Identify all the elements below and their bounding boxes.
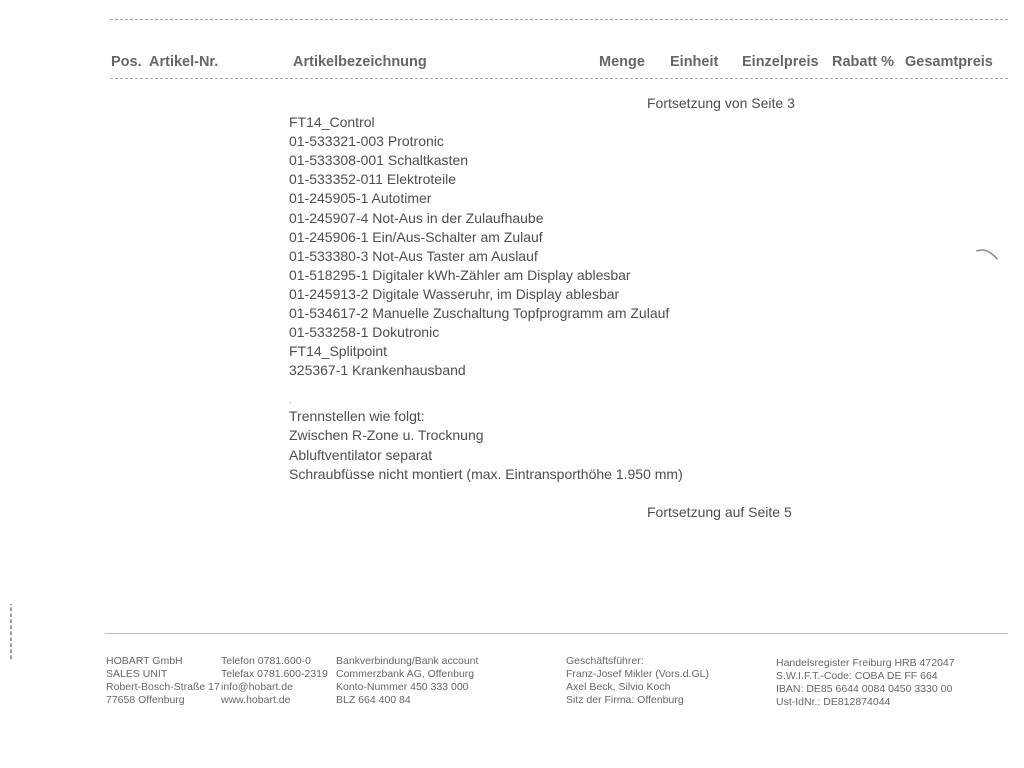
list-item: 01-245906-1 Ein/Aus-Schalter am Zulauf [289, 228, 543, 247]
note-line: Zwischen R-Zone u. Trocknung [289, 426, 484, 445]
list-item: 01-533308-001 Schaltkasten [289, 151, 468, 170]
header-divider [110, 78, 1008, 79]
col-rabatt: Rabatt % [832, 54, 894, 70]
footer-bank-line: BLZ 664 400 84 [336, 694, 478, 707]
side-print-mark: ▮▮▮▮▮▮▮▮▮▮ [8, 604, 14, 660]
footer-website-link[interactable]: www.hobart.de [221, 694, 328, 707]
footer-bank: Bankverbindung/Bank account Commerzbank … [336, 655, 478, 707]
list-item: 01-518295-1 Digitaler kWh-Zähler am Disp… [289, 266, 631, 285]
footer-company-line: 77658 Offenburg [106, 694, 220, 707]
footer-management-line: Geschäftsführer: [566, 655, 709, 668]
footer-fax: Telefax 0781.600-2319 [221, 668, 328, 681]
footer-register-line: IBAN: DE85 6644 0084 0450 3330 00 [776, 683, 955, 696]
list-item: 01-534617-2 Manuelle Zuschaltung Topfpro… [289, 304, 669, 323]
list-item: 01-533321-003 Protronic [289, 132, 444, 151]
col-einheit: Einheit [670, 54, 718, 70]
col-artikelbezeichnung: Artikelbezeichnung [293, 54, 427, 70]
list-item: 01-245913-2 Digitale Wasseruhr, im Displ… [289, 285, 619, 304]
footer-company-line: HOBART GmbH [106, 655, 220, 668]
col-einzelpreis: Einzelpreis [742, 54, 819, 70]
footer-management-line: Axel Beck, Silvio Koch [566, 681, 709, 694]
footer-divider [105, 633, 1008, 634]
footer-management-line: Sitz der Firma: Offenburg [566, 694, 709, 707]
footer-company-line: SALES UNIT [106, 668, 220, 681]
footer-phone: Telefon 0781.600-0 [221, 655, 328, 668]
col-pos: Pos. [111, 54, 142, 70]
footer-company: HOBART GmbH SALES UNIT Robert-Bosch-Stra… [106, 655, 220, 707]
footer-management-line: Franz-Josef Mikler (Vors.d.GL) [566, 668, 709, 681]
note-line: Trennstellen wie folgt: [289, 407, 425, 426]
clipped-header-line: ▀▀▀▀▀ ▀▀ ▀▀▀▀▀▀▀▀▀ ▀▀ ▀▀▀ ▀▀▀▀▀▀▀▀▀▀ ▀▀▀… [110, 0, 610, 4]
col-artikel-nr: Artikel-Nr. [149, 54, 218, 70]
list-item: 01-533380-3 Not-Aus Taster am Auslauf [289, 247, 538, 266]
continued-on-note: Fortsetzung auf Seite 5 [647, 503, 792, 522]
footer-email-link[interactable]: info@hobart.de [221, 681, 328, 694]
footer-contact: Telefon 0781.600-0 Telefax 0781.600-2319… [221, 655, 328, 707]
note-line: Schraubfüsse nicht montiert (max. Eintra… [289, 465, 683, 484]
list-item: 01-533352-011 Elektroteile [289, 170, 456, 189]
footer-register-line: Ust-IdNr.: DE812874044 [776, 696, 955, 709]
col-menge: Menge [599, 54, 645, 70]
list-item: 01-245907-4 Not-Aus in der Zulaufhaube [289, 209, 544, 228]
top-divider [110, 19, 1008, 20]
list-item: 325367-1 Krankenhausband [289, 361, 466, 380]
col-gesamtpreis: Gesamtpreis [905, 54, 993, 70]
footer-register-line: S.W.I.F.T.-Code: COBA DE FF 664 [776, 670, 955, 683]
footer-bank-line: Commerzbank AG, Offenburg [336, 668, 478, 681]
footer-register: Handelsregister Freiburg HRB 472047 S.W.… [776, 657, 955, 709]
footer-register-line: Handelsregister Freiburg HRB 472047 [776, 657, 955, 670]
footer-company-line: Robert-Bosch-Straße 17 [106, 681, 220, 694]
continued-from-note: Fortsetzung von Seite 3 [647, 94, 795, 113]
pencil-mark-icon [975, 245, 1001, 265]
list-item: 01-245905-1 Autotimer [289, 189, 431, 208]
footer-bank-line: Konto-Nummer 450 333 000 [336, 681, 478, 694]
list-item: 01-533258-1 Dokutronic [289, 323, 439, 342]
list-item: FT14_Splitpoint [289, 342, 387, 361]
footer-bank-line: Bankverbindung/Bank account [336, 655, 478, 668]
footer-management: Geschäftsführer: Franz-Josef Mikler (Vor… [566, 655, 709, 707]
note-line: Abluftventilator separat [289, 446, 432, 465]
list-item: FT14_Control [289, 113, 375, 132]
